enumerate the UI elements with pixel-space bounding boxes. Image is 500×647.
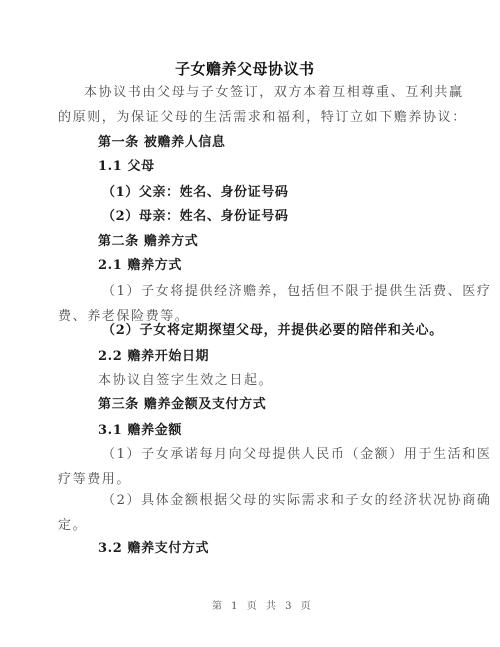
father-info: （1）父亲：姓名、身份证号码 <box>102 185 288 201</box>
section-2-1-heading: 2.1 赡养方式 <box>98 258 182 274</box>
article-3-heading: 第三条 赡养金额及支付方式 <box>98 397 266 413</box>
article-2-heading: 第二条 赡养方式 <box>98 234 198 250</box>
section-1-1-heading: 1.1 父母 <box>98 159 155 175</box>
article-1-heading: 第一条 被赡养人信息 <box>98 135 226 151</box>
support-item-1-line-1: （1）子女将提供经济赡养，包括但不限于提供生活费、医疗 <box>102 284 491 300</box>
amount-item-1-line-1: （1）子女承诺每月向父母提供人民币（金额）用于生活和医 <box>102 447 491 463</box>
mother-info: （2）母亲：姓名、身份证号码 <box>102 209 288 225</box>
intro-line-1: 本协议书由父母与子女签订，双方本着互相尊重、互利共赢 <box>84 85 464 101</box>
section-2-2-heading: 2.2 赡养开始日期 <box>98 349 209 365</box>
intro-line-2: 的原则，为保证父母的生活需求和福利，特订立如下赡养协议： <box>58 110 467 126</box>
amount-item-2-line-1: （2）具体金额根据父母的实际需求和子女的经济状况协商确 <box>102 493 491 509</box>
page-footer: 第 1 页 共 3 页 <box>212 599 314 615</box>
document-title: 子女赡养父母协议书 <box>175 61 315 77</box>
support-item-2: （2）子女将定期探望父母，并提供必要的陪伴和关心。 <box>102 323 443 339</box>
amount-item-1-line-2: 疗等费用。 <box>58 472 131 488</box>
start-date-text: 本协议自签字生效之日起。 <box>98 373 273 389</box>
amount-item-2-line-2: 定。 <box>58 518 87 534</box>
section-3-2-heading: 3.2 赡养支付方式 <box>98 541 209 557</box>
section-3-1-heading: 3.1 赡养金额 <box>98 423 182 439</box>
